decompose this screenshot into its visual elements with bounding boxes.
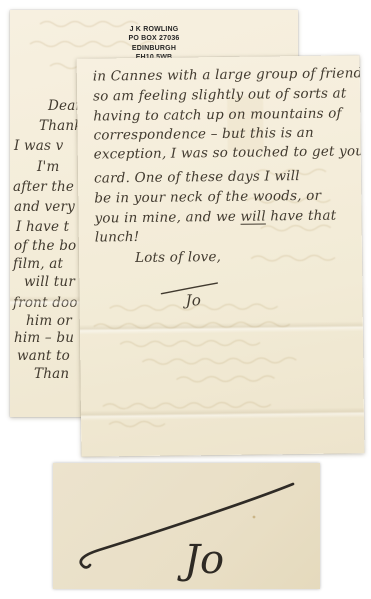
signature-text: Jo <box>177 537 224 583</box>
handwriting-fragment: Thank <box>39 118 83 134</box>
handwriting-fragment: and very <box>14 199 75 215</box>
handwriting-fragment: him or <box>26 313 72 329</box>
letter-photograph: J K ROWLING PO BOX 27036 EDINBURGH EH10 … <box>0 0 371 599</box>
handwriting-line: card. One of these days I will <box>94 168 300 187</box>
valediction: Lots of love, <box>135 249 221 266</box>
handwriting-fragment: film, at <box>13 256 63 272</box>
handwriting-line: be in your neck of the woods, or <box>94 188 321 207</box>
signature-text: Jo <box>185 291 201 309</box>
line-8-post: have that <box>270 208 336 225</box>
handwriting-line: in Cannes with a large group of friends, <box>93 65 365 84</box>
line-8-underlined-word: will <box>240 208 266 224</box>
handwriting-fragment: will tur <box>24 274 75 290</box>
paper-crease <box>81 407 364 420</box>
handwriting-fragment: him – bu <box>14 330 74 346</box>
handwriting-line: lunch! <box>95 229 140 246</box>
handwriting-fragment: I have t <box>16 219 69 235</box>
signature-artwork: Jo <box>53 463 320 589</box>
letterhead-name: J K ROWLING <box>10 25 298 34</box>
paper-speck <box>253 516 256 519</box>
handwriting-fragment: I'm <box>37 159 59 175</box>
handwriting-fragment: of the bo <box>14 238 76 254</box>
letterhead-pobox: PO BOX 27036 <box>10 34 298 43</box>
handwriting-line: exception, I was so touched to get your <box>94 143 365 162</box>
letterhead-city: EDINBURGH <box>10 44 298 53</box>
handwriting-line: correspondence – but this is an <box>93 125 314 144</box>
handwriting-fragment: want to <box>17 348 70 364</box>
handwriting-line: having to catch up on mountains of <box>93 106 342 125</box>
handwriting-fragment: Than <box>34 366 69 382</box>
line-8-pre: you in mine, and we <box>94 209 236 227</box>
handwriting-line: you in mine, and we will have that <box>94 208 336 227</box>
handwriting-line: so am feeling slightly out of sorts at <box>93 85 347 104</box>
paper-crease <box>80 321 363 334</box>
handwriting-fragment: after the <box>13 179 74 195</box>
handwriting-fragment: I was v <box>14 138 63 154</box>
right-page: in Cannes with a large group of friends,… <box>77 55 365 456</box>
signature-crop: Jo <box>53 463 320 589</box>
